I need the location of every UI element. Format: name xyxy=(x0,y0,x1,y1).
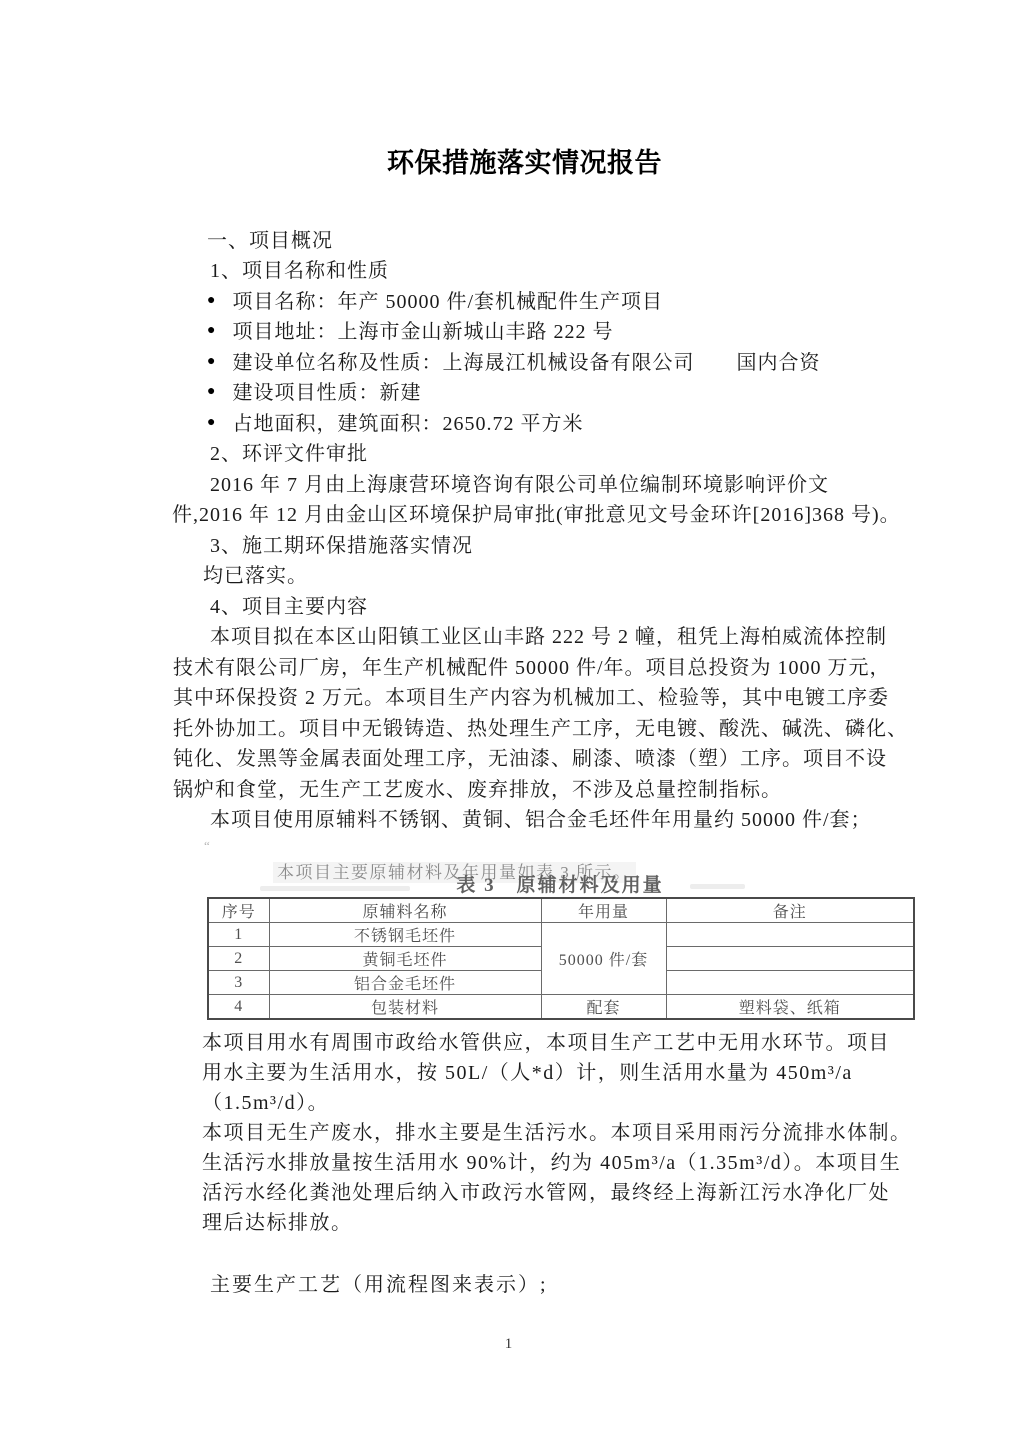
col-header-note: 备注 xyxy=(666,898,914,923)
water-line-3: （1.5m³/d）。 xyxy=(202,1092,329,1114)
table-row: 4 包装材料 配套 塑料袋、纸箱 xyxy=(208,995,914,1020)
eia-line-1: 2016 年 7 月由上海康营环境咨询有限公司单位编制环境影响评价文 xyxy=(210,474,829,496)
bullet-item-project-address: ● 项目地址：上海市金山新城山丰路 222 号 xyxy=(207,321,613,343)
cell-seq: 4 xyxy=(208,995,269,1020)
scan-artifact: “ xyxy=(204,838,211,854)
bullet-text: 项目名称：年产 50000 件/套机械配件生产项目 xyxy=(232,291,663,313)
section-heading-overview: 一、项目概况 xyxy=(207,230,333,252)
content-line-6: 锅炉和食堂，无生产工艺废水、废弃排放，不涉及总量控制指标。 xyxy=(173,779,782,801)
bullet-item-project-name: ● 项目名称：年产 50000 件/套机械配件生产项目 xyxy=(207,291,663,313)
page-number: 1 xyxy=(0,1336,1017,1353)
subsection-heading-3: 3、施工期环保措施落实情况 xyxy=(210,535,473,557)
table3-caption: 表 3 原辅材料及用量 xyxy=(207,870,913,897)
subsection-heading-4: 4、项目主要内容 xyxy=(210,596,368,618)
cell-usage-merged: 50000 件/套 xyxy=(541,923,666,995)
cell-name: 铝合金毛坯件 xyxy=(269,971,541,995)
cell-seq: 1 xyxy=(208,923,269,947)
bullet-icon: ● xyxy=(207,351,216,373)
water-line-7: 理后达标排放。 xyxy=(202,1212,353,1234)
page-title: 环保措施落实情况报告 xyxy=(387,141,662,180)
content-line-2: 技术有限公司厂房，年生产机械配件 50000 件/年。项目总投资为 1000 万… xyxy=(173,657,891,679)
content-line-3: 其中环保投资 2 万元。本项目生产内容为机械加工、检验等，其中电镀工序委 xyxy=(173,687,889,709)
table-header-row: 序号 原辅料名称 年用量 备注 xyxy=(208,898,914,923)
bullet-icon: ● xyxy=(207,320,216,342)
cell-name: 黄铜毛坯件 xyxy=(269,947,541,971)
water-line-2: 用水主要为生活用水，按 50L/（人*d）计，则生活用水量为 450m³/a xyxy=(202,1062,853,1084)
subsection-heading-2: 2、环评文件审批 xyxy=(210,443,368,465)
cell-name: 不锈钢毛坯件 xyxy=(269,923,541,947)
water-line-5: 生活污水排放量按生活用水 90%计，约为 405m³/a（1.35m³/d）。本… xyxy=(202,1152,901,1174)
col-header-seq: 序号 xyxy=(208,898,269,923)
bullet-text: 建设项目性质：新建 xyxy=(232,382,421,404)
cell-name: 包装材料 xyxy=(269,995,541,1020)
bullet-text: 占地面积，建筑面积：2650.72 平方米 xyxy=(232,413,583,435)
cell-seq: 3 xyxy=(208,971,269,995)
bullet-text: 建设单位名称及性质：上海晟江机械设备有限公司 国内合资 xyxy=(232,352,820,374)
document-page: 环保措施落实情况报告 一、项目概况 1、项目名称和性质 ● 项目名称：年产 50… xyxy=(0,0,1017,1439)
bullet-icon: ● xyxy=(207,381,216,403)
content-line-5: 钝化、发黑等金属表面处理工序，无油漆、刷漆、喷漆（塑）工序。项目不设 xyxy=(173,748,887,770)
bullet-text: 项目地址：上海市金山新城山丰路 222 号 xyxy=(232,321,613,343)
bullet-item-project-nature: ● 建设项目性质：新建 xyxy=(207,382,421,404)
water-line-4: 本项目无生产废水，排水主要是生活污水。本项目采用雨污分流排水体制。 xyxy=(202,1122,912,1144)
col-header-name: 原辅料名称 xyxy=(269,898,541,923)
water-line-1: 本项目用水有周围市政给水管供应，本项目生产工艺中无用水环节。项目 xyxy=(202,1032,890,1054)
cell-usage: 配套 xyxy=(541,995,666,1020)
materials-table: 序号 原辅料名称 年用量 备注 1 不锈钢毛坯件 50000 件/套 2 黄铜毛… xyxy=(207,897,915,1020)
table-row: 1 不锈钢毛坯件 50000 件/套 xyxy=(208,923,914,947)
content-line-1: 本项目拟在本区山阳镇工业区山丰路 222 号 2 幢，租凭上海柏威流体控制 xyxy=(210,626,887,648)
cell-seq: 2 xyxy=(208,947,269,971)
subsection-3-body: 均已落实。 xyxy=(203,565,308,587)
cell-note: 塑料袋、纸箱 xyxy=(666,995,914,1020)
content-line-4: 托外协加工。项目中无锻铸造、热处理生产工序，无电镀、酸洗、碱洗、磷化、 xyxy=(173,718,908,740)
bullet-icon: ● xyxy=(207,412,216,434)
col-header-usage: 年用量 xyxy=(541,898,666,923)
water-line-6: 活污水经化粪池处理后纳入市政污水管网，最终经上海新江污水净化厂处 xyxy=(202,1182,890,1204)
materials-line: 本项目使用原辅料不锈钢、黄铜、铝合金毛坯件年用量约 50000 件/套； xyxy=(210,809,872,831)
bullet-item-area: ● 占地面积，建筑面积：2650.72 平方米 xyxy=(207,413,583,435)
cell-note xyxy=(666,923,914,947)
eia-line-2: 件,2016 年 12 月由金山区环境保护局审批(审批意见文号金环许[2016]… xyxy=(172,504,901,526)
bullet-icon: ● xyxy=(207,290,216,312)
process-line: 主要生产工艺（用流程图来表示）; xyxy=(210,1274,548,1296)
cell-note xyxy=(666,971,914,995)
subsection-heading-1: 1、项目名称和性质 xyxy=(210,260,389,282)
cell-note xyxy=(666,947,914,971)
bullet-item-construction-unit: ● 建设单位名称及性质：上海晟江机械设备有限公司 国内合资 xyxy=(207,352,820,374)
